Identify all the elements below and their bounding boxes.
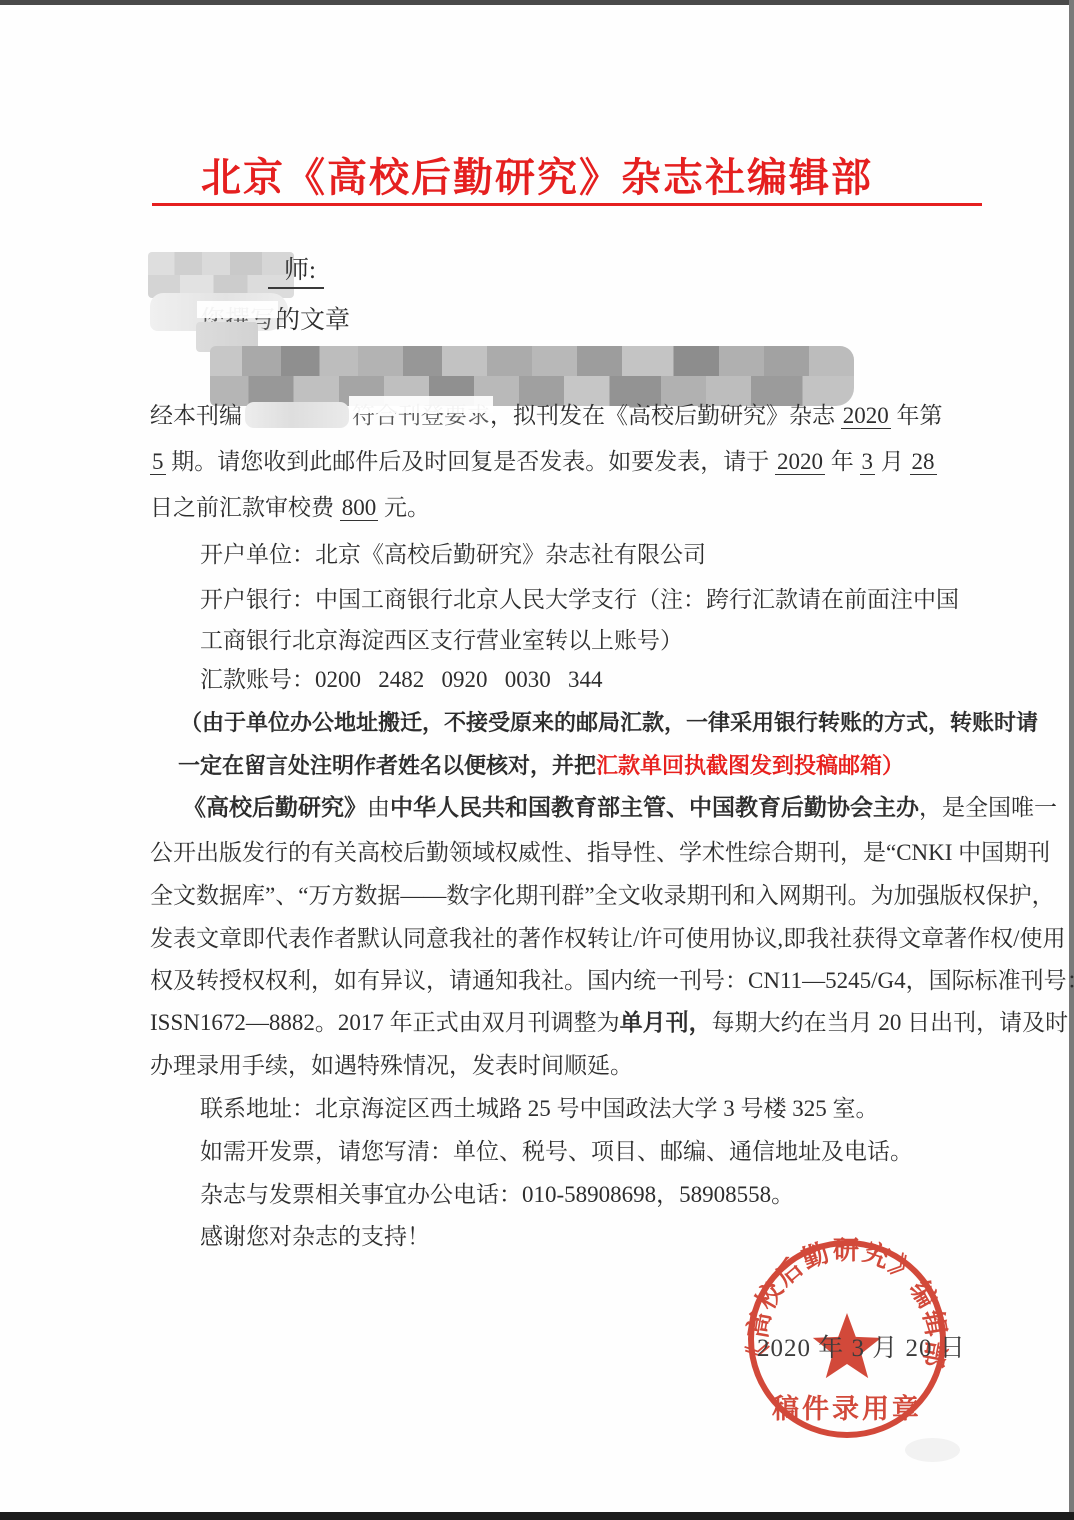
about-line-4: 发表文章即代表作者默认同意我社的著作权转让/许可使用协议,即我社获得文章著作权/…: [150, 924, 1066, 954]
bank-unit-line: 开户单位：北京《高校后勤研究》杂志社有限公司: [200, 540, 706, 570]
redaction-inline: [245, 402, 349, 428]
transfer-note-line-1: （由于单位办公地址搬迁，不接受原来的邮局汇款，一律采用银行转账的方式，转账时请: [180, 708, 1038, 738]
accept-line-3: 日之前汇款审校费 800 元。: [150, 493, 430, 523]
deadline-year: 2020: [775, 449, 825, 475]
salutation-suffix: 师:: [268, 257, 324, 289]
letterhead-title: 北京《高校后勤研究》杂志社编辑部: [0, 146, 1074, 203]
about-line-7: 办理录用手续，如遇特殊情况，发表时间顺延。: [150, 1051, 633, 1081]
blur-overlay: [197, 301, 278, 318]
about-line-6: ISSN1672—8882。2017 年正式由双月刊调整为单月刊，每期大约在当月…: [150, 1008, 1068, 1038]
bank-account-line: 汇款账号：0200 2482 0920 0030 344: [200, 665, 603, 695]
redaction-mosaic-large: [210, 346, 854, 406]
letter-date: 2020 年 3 月 20 日: [757, 1328, 966, 1364]
thanks-line: 感谢您对杂志的支持！: [200, 1222, 430, 1252]
about-line-3: 全文数据库”、“万方数据——数字化期刊群”全文收录期刊和入网期刊。为加强版权保护…: [150, 881, 1055, 911]
office-phone-line: 杂志与发票相关事宜办公电话：010-58908698，58908558。: [200, 1180, 794, 1210]
transfer-note-line-2: 一定在留言处注明作者姓名以便核对，并把汇款单回执截图发到投稿邮箱）: [178, 751, 904, 781]
blur-overlay: [349, 396, 493, 413]
about-line-1: 《高校后勤研究》由中华人民共和国教育部主管、中国教育后勤协会主办，是全国唯一: [183, 793, 1057, 823]
letter-page: 北京《高校后勤研究》杂志社编辑部 师: 您撰写的文章 经本刊编符合刊登要求，拟刊…: [0, 0, 1074, 1520]
viewer-bottom-edge: [0, 1512, 1074, 1520]
year-value: 2020: [841, 403, 891, 429]
stamp-bottom-label: 稿件录用章: [772, 1393, 922, 1425]
bank-name-line-2: 工商银行北京海淀西区支行营业室转以上账号）: [200, 626, 683, 656]
viewer-right-edge: [1069, 0, 1074, 1520]
about-line-2: 公开出版发行的有关高校后勤领域权威性、指导性、学术性综合期刊，是“CNKI 中国…: [150, 838, 1050, 868]
title-underline: [152, 203, 982, 206]
bank-name-line-1: 开户银行：中国工商银行北京人民大学支行（注：跨行汇款请在前面注中国: [200, 585, 959, 615]
deadline-month: 3: [860, 449, 876, 475]
fee-amount: 800: [340, 495, 379, 521]
invoice-info-line: 如需开发票，请您写清：单位、税号、项目、邮编、通信地址及电话。: [200, 1137, 913, 1167]
accept-line-1: 经本刊编符合刊登要求，拟刊发在《高校后勤研究》杂志 2020 年第: [150, 401, 943, 431]
issue-number: 5: [150, 449, 166, 475]
viewer-top-edge: [0, 0, 1074, 5]
contact-address-line: 联系地址：北京海淀区西土城路 25 号中国政法大学 3 号楼 325 室。: [200, 1094, 879, 1124]
red-notice-text: 汇款单回执截图发到投稿邮箱）: [596, 753, 904, 778]
salutation-line: 师:: [268, 256, 324, 286]
deadline-day: 28: [910, 449, 937, 475]
accept-line-2: 5 期。请您收到此邮件后及时回复是否发表。如要发表，请于 2020 年 3 月 …: [150, 447, 937, 477]
about-line-5: 权及转授权权利，如有异议，请通知我社。国内统一刊号：CN11—5245/G4，国…: [150, 966, 1074, 996]
obscured-text: 符合刊登要求: [352, 401, 490, 431]
